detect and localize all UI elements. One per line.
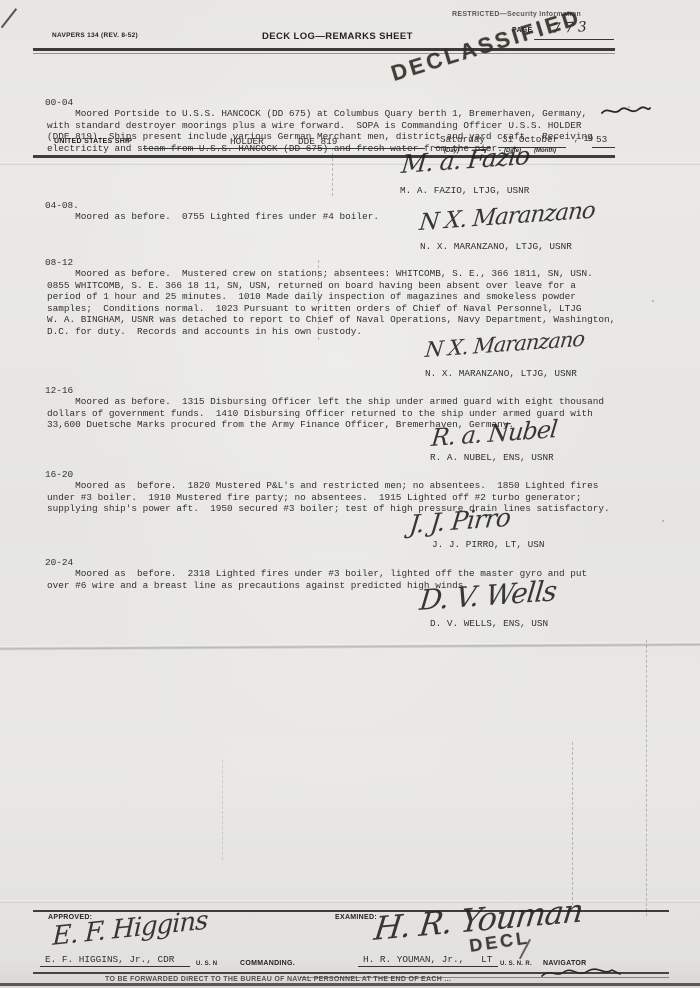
- scan-speck: [652, 300, 654, 302]
- signature-typed: M. A. FAZIO, LTJG, USNR: [400, 185, 529, 197]
- approver-typed-name: E. F. HIGGINS, Jr., CDR: [45, 954, 174, 966]
- signature-typed: N. X. MARANZANO, LTJG, USNR: [420, 241, 572, 253]
- watch-label: 08-12: [45, 257, 73, 269]
- approver-service: U. S. N: [196, 961, 217, 967]
- scan-artifact-line: [222, 760, 223, 860]
- examiner-service: U. S. N. R.: [500, 961, 532, 967]
- deck-log-page: NAVPERS 134 (REV. 8-52) DECK LOG—REMARKS…: [0, 0, 700, 988]
- signature-typed: J. J. PIRRO, LT, USN: [432, 539, 545, 551]
- watch-label: 00-04: [45, 97, 73, 109]
- signature-script: J. J. Pirro: [408, 503, 512, 539]
- scan-bottom-edge: [0, 983, 700, 986]
- signature-script: N X. Maranzano: [418, 197, 596, 236]
- examiner-name-underline: [358, 966, 498, 967]
- header-rule-thin: [33, 53, 615, 54]
- signature-typed: N. X. MARANZANO, LTJG, USNR: [425, 368, 577, 380]
- examined-label: EXAMINED:: [335, 914, 377, 921]
- entry-text: Moored Portside to U.S.S. HANCOCK (DD 67…: [47, 108, 627, 154]
- approver-signature-script: E. F. Higgins: [52, 905, 208, 952]
- page-title: DECK LOG—REMARKS SHEET: [262, 31, 413, 42]
- entry-text: Moored as before. 1820 Mustered P&L's an…: [47, 480, 627, 515]
- watch-label: 16-20: [45, 469, 73, 481]
- header-rule: [33, 48, 615, 51]
- scan-artifact-line: [646, 640, 647, 916]
- fold-crease-middle: [0, 642, 700, 651]
- ship-date-line: UNITED STATES SHIP HOLDER DDE 819 Saturd…: [0, 60, 700, 100]
- approver-name-underline: [40, 966, 190, 967]
- handwritten-scribble: [540, 964, 622, 982]
- watch-label: 04-08.: [45, 200, 79, 212]
- form-number: NAVPERS 134 (REV. 8-52): [52, 32, 138, 39]
- signature-typed: R. A. NUBEL, ENS, USNR: [430, 452, 554, 464]
- watch-label: 20-24: [45, 557, 73, 569]
- handwritten-squiggle: [600, 104, 652, 118]
- scan-speck: [662, 520, 664, 522]
- fold-crease-top: [0, 162, 700, 165]
- watch-label: 12-16: [45, 385, 73, 397]
- entry-text: Moored as before. Mustered crew on stati…: [47, 268, 627, 338]
- approver-title: COMMANDING.: [240, 960, 295, 967]
- fold-crease-bottom: [0, 900, 700, 903]
- scan-artifact-line: [572, 742, 573, 910]
- signature-typed: D. V. WELLS, ENS, USN: [430, 618, 548, 630]
